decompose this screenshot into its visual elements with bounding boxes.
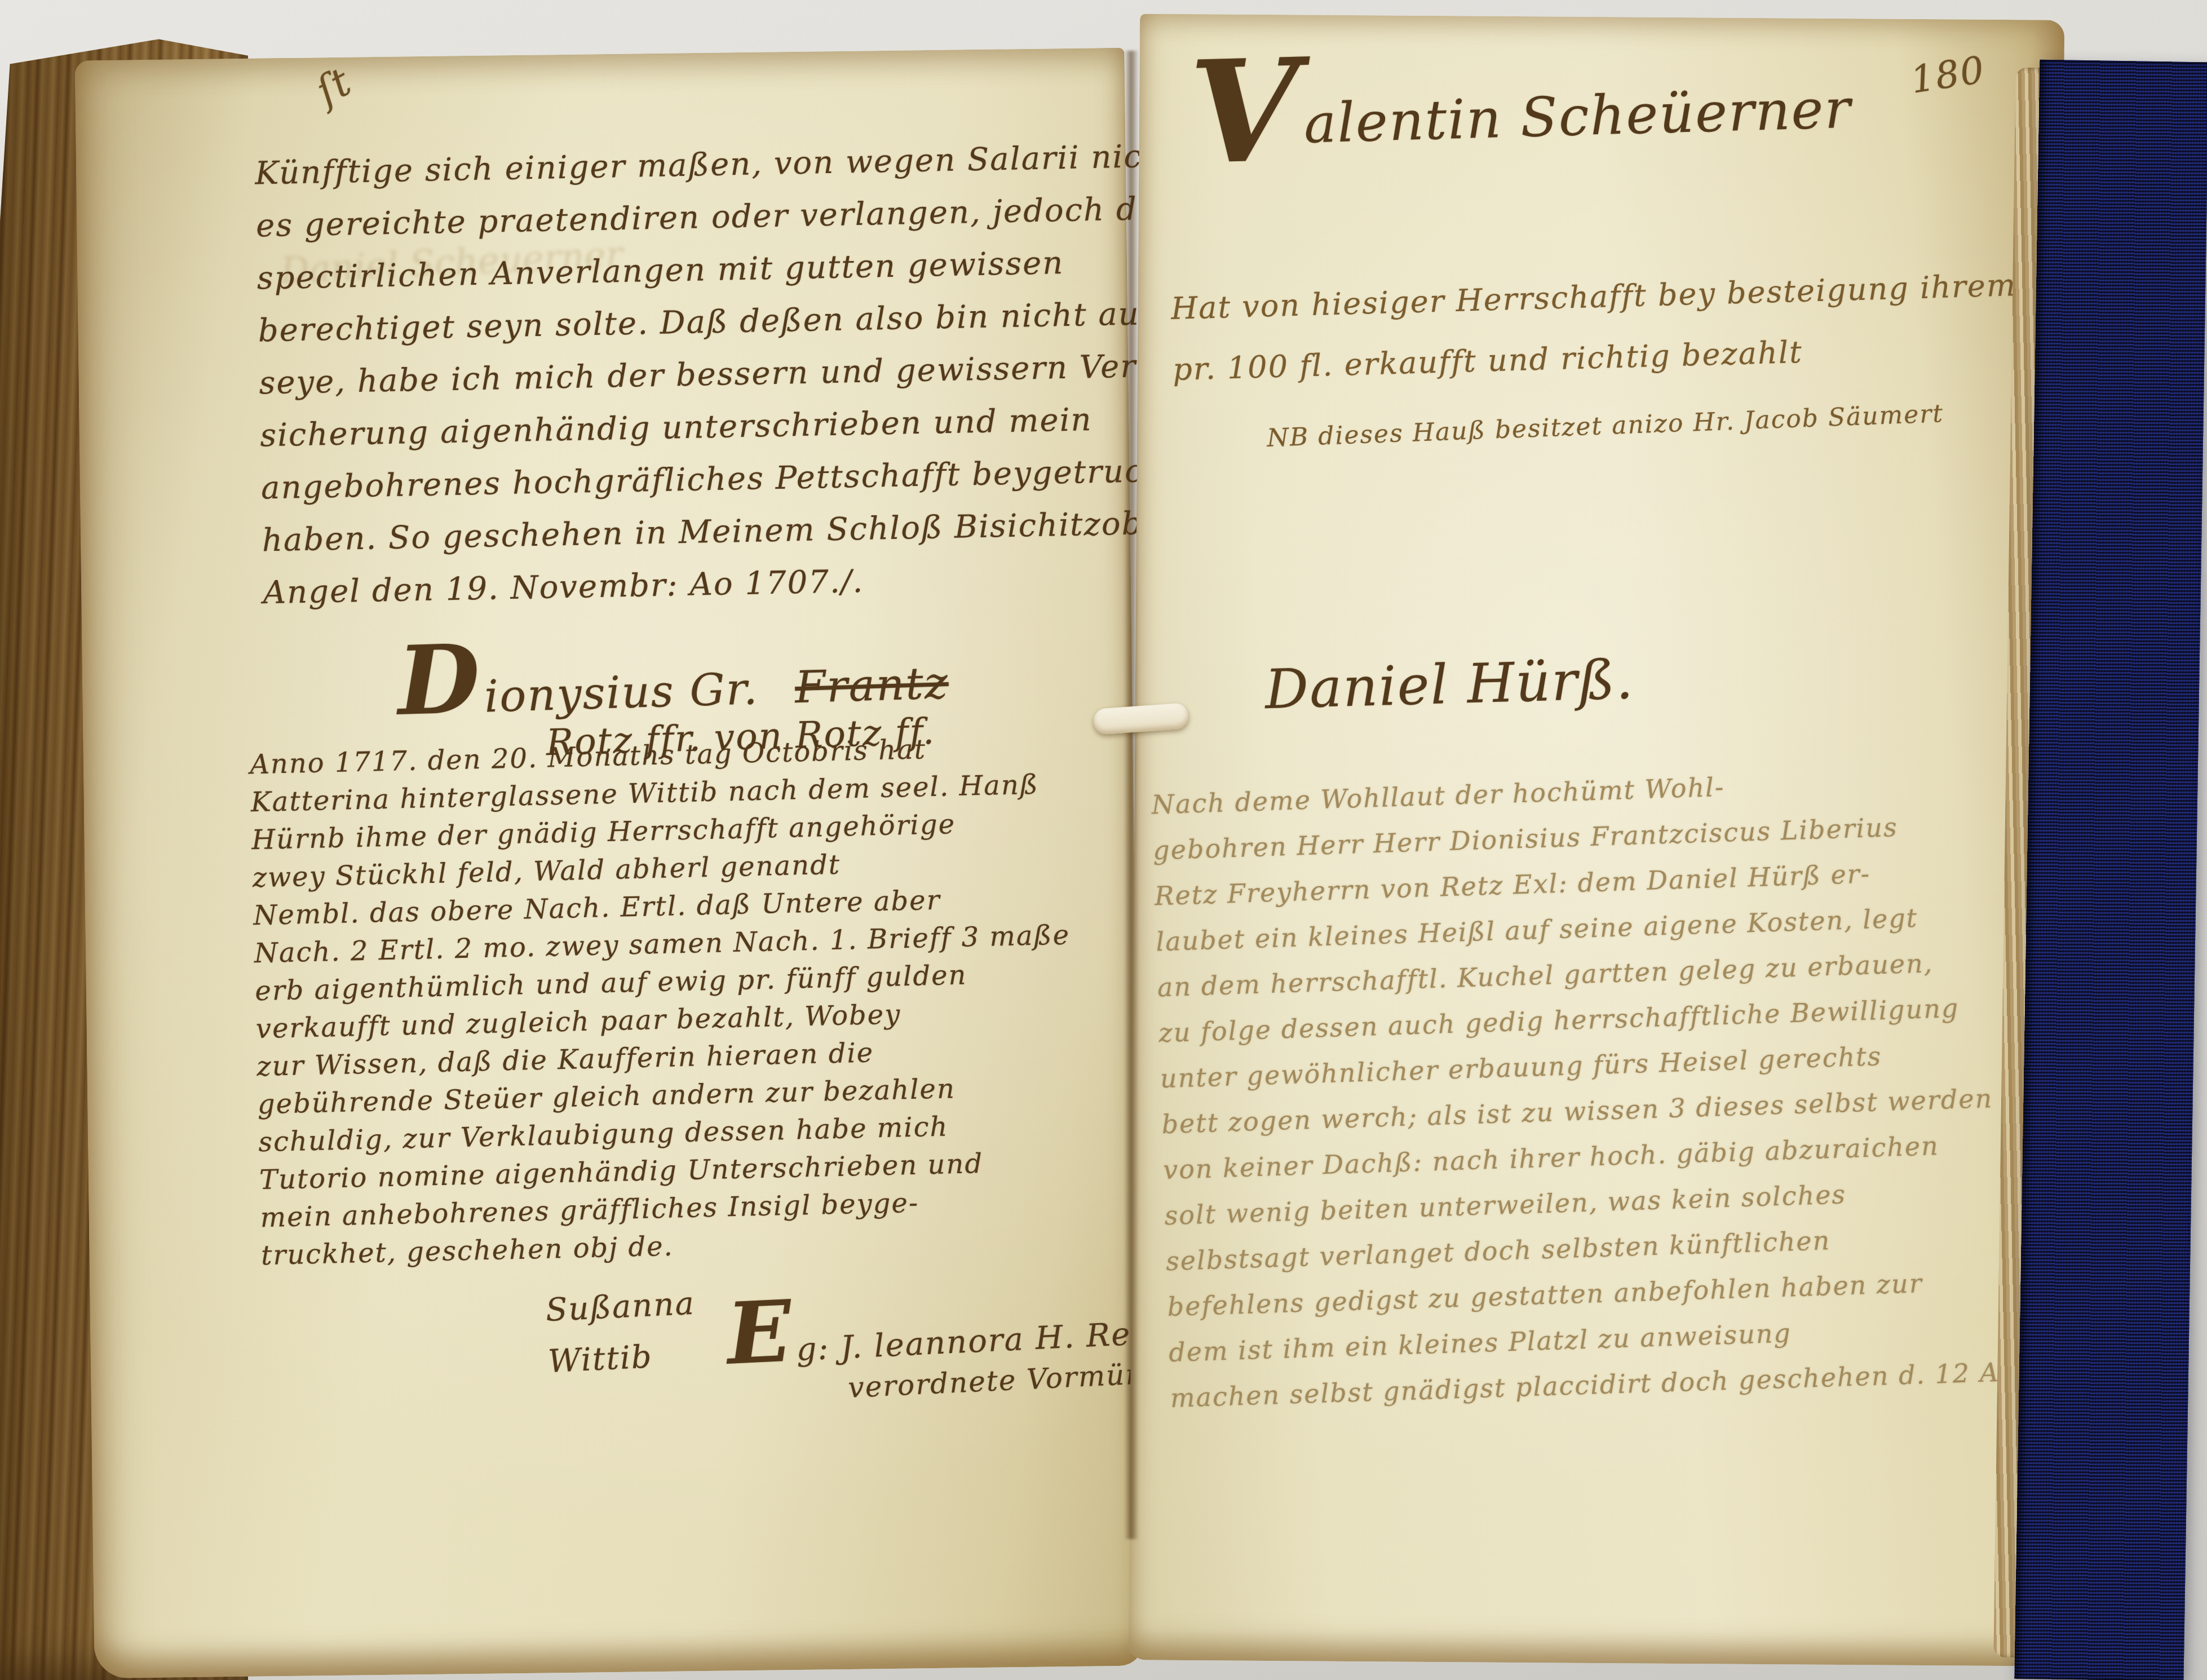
entry1-note: NB dieses Hauß besitzet anizo Hr. Jacob … [1267, 399, 1944, 453]
signature-initial-e: E [725, 1282, 795, 1384]
page-number: 180 [1908, 48, 1988, 102]
book-gutter-fold [1124, 51, 1139, 1539]
book-cover-navy-cloth [2014, 60, 2207, 1680]
entry2-heading: Daniel Hürß. [1264, 648, 1635, 721]
entry1-heading-text: alentin Scheüerner [1303, 77, 1852, 156]
left-paragraph-2: Anno 1717. den 20. Monaths tag Octobris … [250, 728, 1077, 1275]
manuscript-right-page: 180 V alentin Scheüerner Hat von hiesige… [1129, 14, 2064, 1666]
entry1-heading: V alentin Scheüerner [1188, 24, 1853, 184]
entry1-initial: V [1188, 27, 1303, 196]
manuscript-left-page: Daniel Scheuerner ſt Künfftige sich eini… [75, 48, 1144, 1679]
entry1-paragraph: Hat von hiesiger Herrschafft bey besteig… [1170, 252, 2119, 400]
photograph-backdrop: Daniel Scheuerner ſt Künfftige sich eini… [0, 0, 2207, 1680]
signature-initial-d: D [396, 623, 483, 737]
left-paragraph-1: Künfftige sich einiger maßen, von wegen … [255, 129, 1218, 619]
signature-surname: Frantz [794, 658, 949, 713]
signature-susanna: Sußanna [545, 1285, 696, 1329]
signature-wittib: Wittib [547, 1337, 698, 1380]
entry2-paragraph: Nach deme Wohllaut der hochümt Wohl-gebo… [1151, 752, 2130, 1421]
ink-corner-mark: ſt [308, 58, 359, 114]
signature-name: ionysius Gr. [484, 664, 759, 722]
left-signature-2: Sußanna Wittib [545, 1285, 698, 1380]
